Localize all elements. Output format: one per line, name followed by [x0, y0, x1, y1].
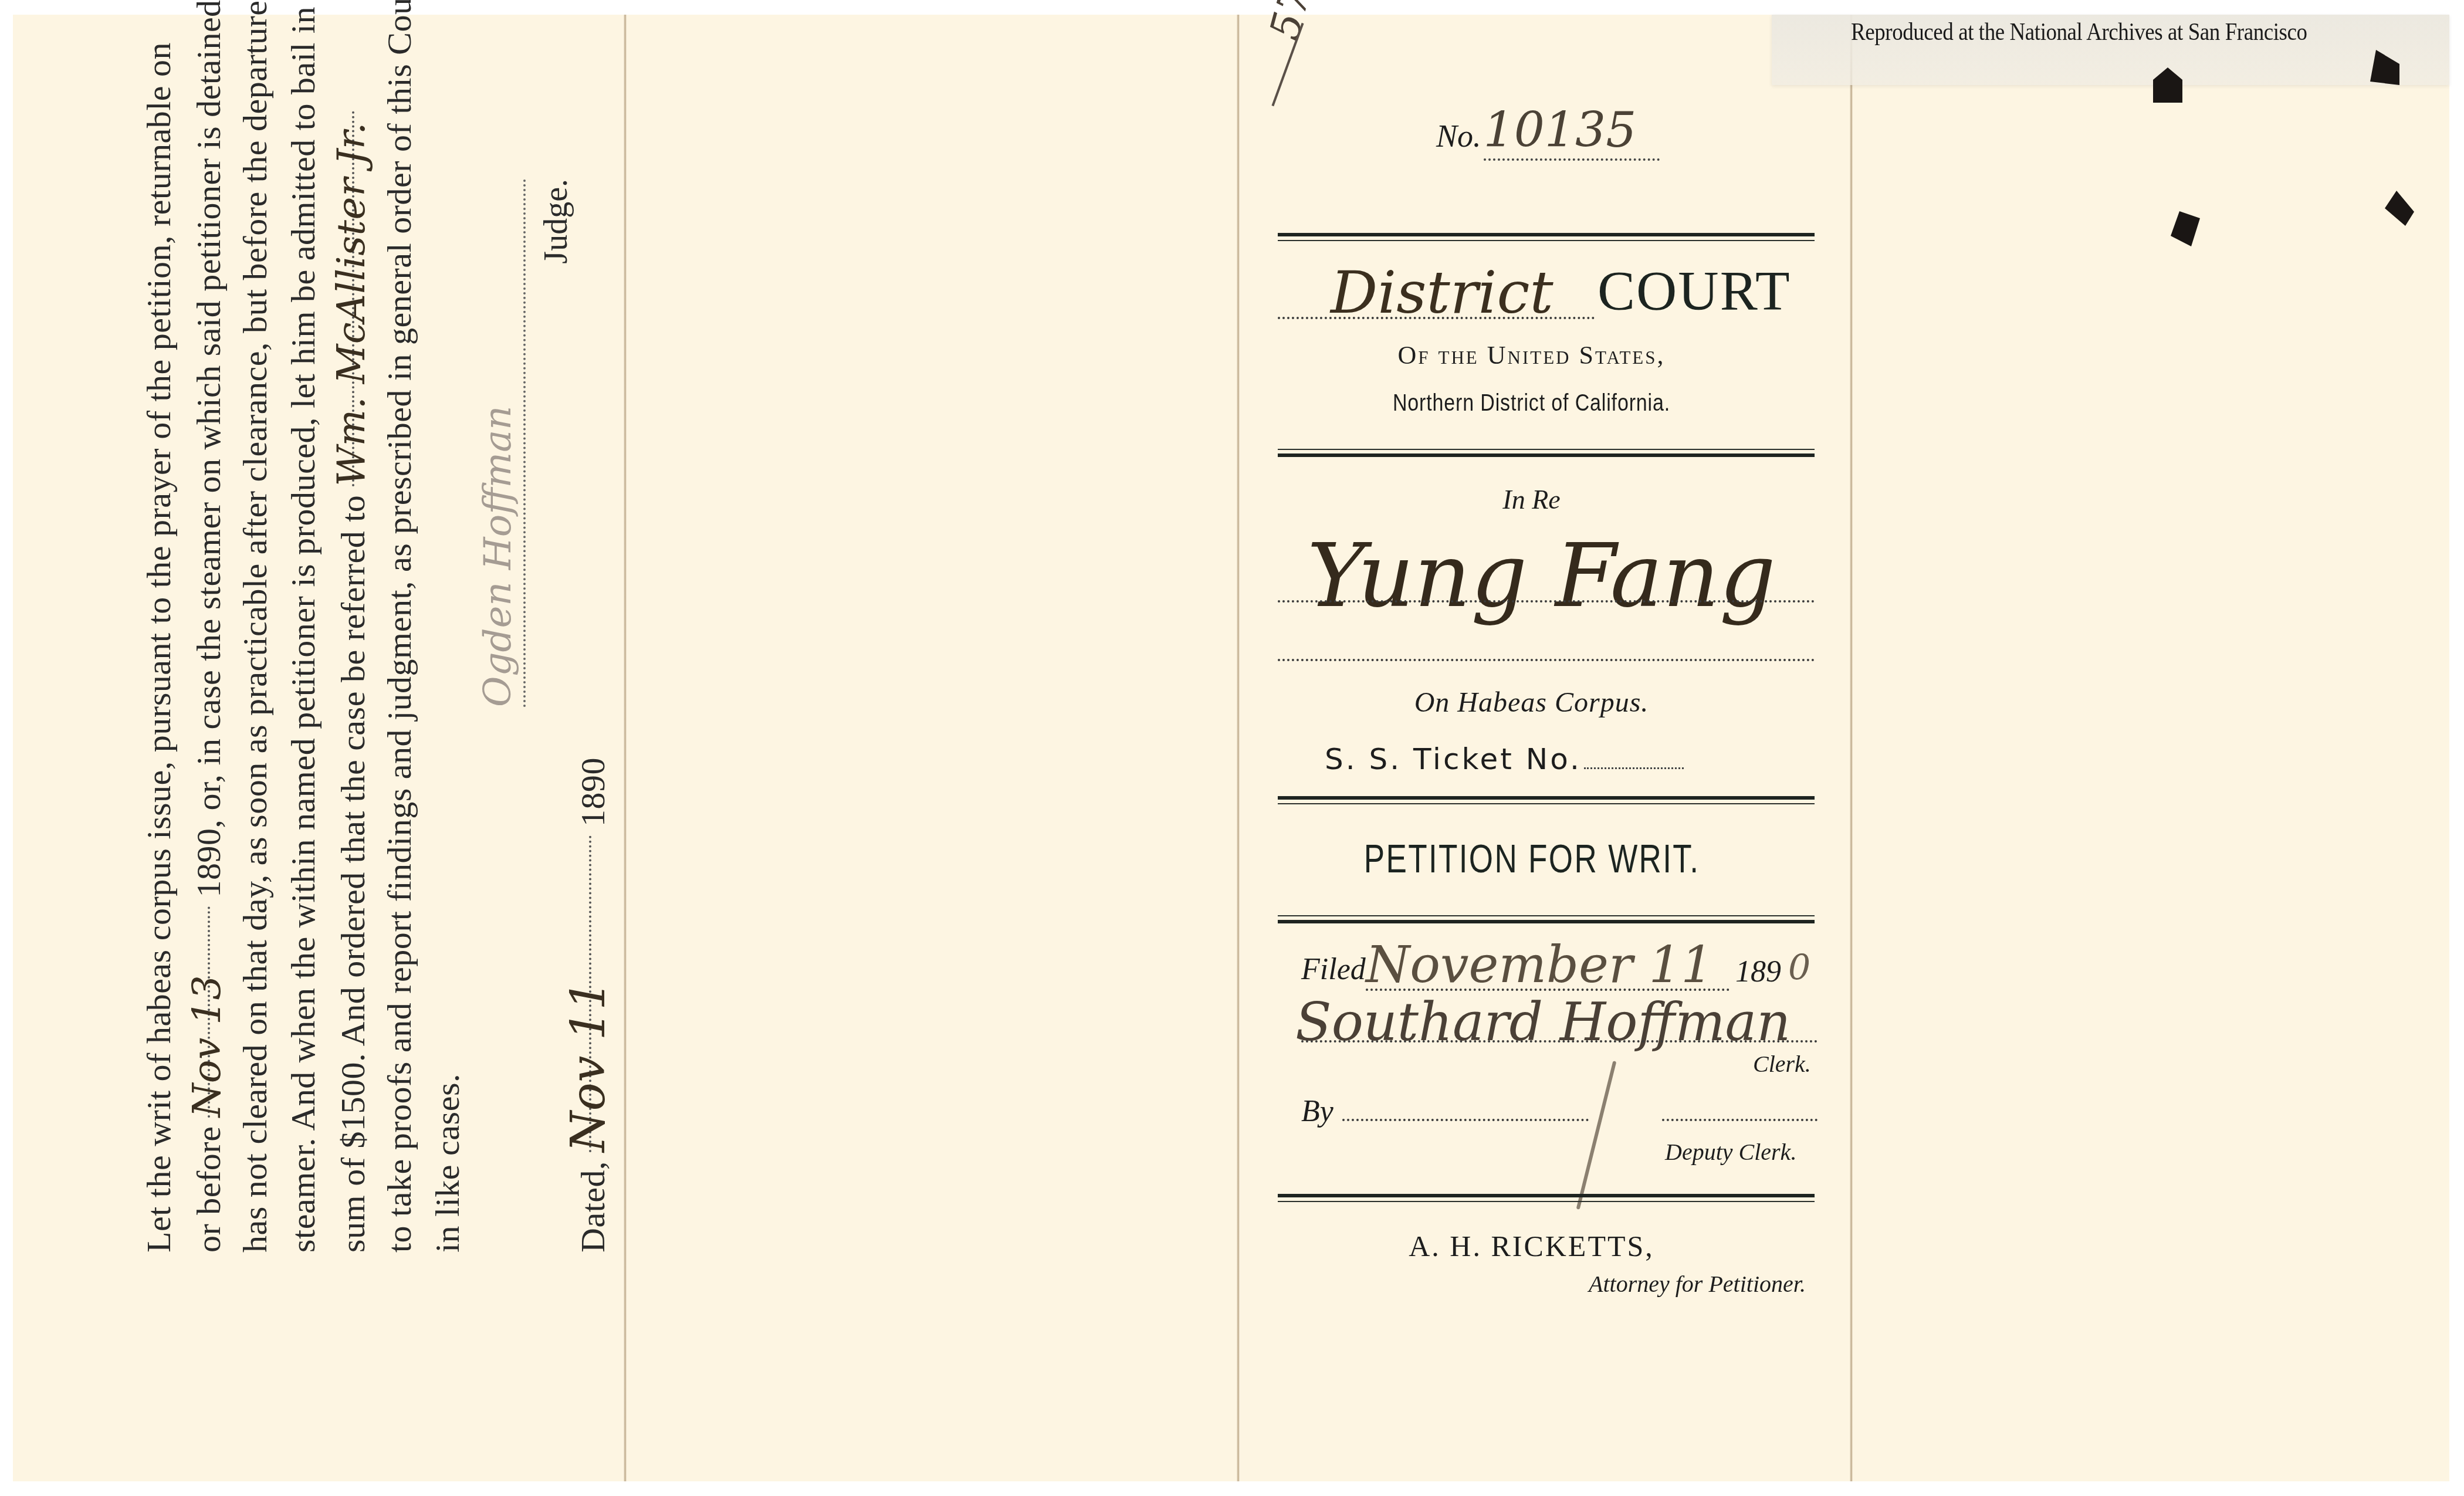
by-label: By — [1301, 1094, 1333, 1129]
party-name-field-1 — [1278, 600, 1815, 603]
ticket-number-field — [1584, 767, 1684, 769]
dated-field: Nov 11 — [564, 835, 591, 1152]
case-number: No. 10135 — [1436, 103, 1660, 161]
party-name: Yung Fang — [1307, 525, 1776, 627]
order-line-3: has not cleared on that day, as soon as … — [231, 0, 279, 1253]
party-name-field-2 — [1278, 659, 1815, 661]
filed-date-field — [1366, 989, 1729, 991]
order-line-4: steamer. And when the within named petit… — [279, 0, 327, 1253]
deputy-clerk-label: Deputy Clerk. — [1665, 1138, 1796, 1166]
judge-label: Judge. — [537, 179, 575, 707]
in-re-label: In Re — [1225, 484, 1838, 515]
order-line-1: Let the writ of habeas corpus issue, pur… — [135, 0, 183, 1253]
order-text-block: Let the writ of habeas corpus issue, pur… — [135, 0, 472, 1253]
attorney-name: A. H. RICKETTS, — [1225, 1229, 1838, 1263]
clerk-signature-field — [1301, 1040, 1817, 1043]
cover-panel: 579 No. 10135 District COURT Of the Unit… — [1225, 15, 1838, 1481]
order-line-2: or before Nov 13 1890, or, in case the s… — [183, 0, 231, 1253]
judge-signature-block: Ogden Hoffman Judge. — [476, 179, 575, 707]
deputy-field-a — [1342, 1119, 1589, 1121]
court-word: COURT — [1597, 258, 1791, 323]
ticket-row: S. S. Ticket No. — [1325, 742, 1684, 776]
case-number-value: 10135 — [1484, 103, 1660, 161]
fold-line-3 — [1850, 15, 1853, 1481]
return-date-field: Nov 13 — [183, 906, 210, 1118]
rule-1 — [1278, 233, 1815, 241]
referee-field: Wm. McAllister Jr. — [327, 111, 354, 486]
attorney-role: Attorney for Petitioner. — [1589, 1270, 1806, 1298]
court-heading: District COURT — [1278, 258, 1817, 329]
district-name: Northern District of California. — [1271, 390, 1792, 417]
court-type-field — [1278, 317, 1595, 319]
archive-stamp: Reproduced at the National Archives at S… — [1851, 18, 2307, 46]
fold-line-1 — [624, 15, 627, 1481]
case-number-label: No. — [1436, 119, 1481, 154]
deputy-field-b — [1662, 1119, 1817, 1121]
file-annotation: 579 — [1260, 0, 1327, 45]
clerk-label: Clerk. — [1753, 1050, 1811, 1078]
ticket-label: S. S. Ticket No. — [1325, 742, 1582, 776]
clerk-flourish — [1576, 1061, 1617, 1210]
rule-4 — [1278, 915, 1815, 923]
judge-signature: Ogden Hoffman — [476, 179, 526, 707]
order-panel: Let the writ of habeas corpus issue, pur… — [13, 15, 624, 1481]
clerk-signature: Southard Hoffman — [1295, 991, 1791, 1053]
rule-3 — [1278, 796, 1815, 804]
filed-date: November 11 — [1366, 936, 1713, 994]
filed-year-prefix: 189 — [1735, 955, 1781, 989]
dated-line: Dated, Nov 11 1890 — [564, 757, 617, 1253]
court-of: Of the United States, — [1225, 340, 1838, 370]
filed-year-suffix: 0 — [1788, 947, 1810, 989]
order-line-7: in like cases. — [424, 0, 472, 1253]
rule-2 — [1278, 449, 1815, 457]
order-line-5: sum of $1500. And ordered that the case … — [327, 0, 375, 1253]
rule-5 — [1278, 1194, 1815, 1202]
filed-label: Filed — [1301, 952, 1366, 987]
document-title-wrap: PETITION FOR WRIT. — [1225, 836, 1838, 882]
proceeding-label: On Habeas Corpus. — [1225, 686, 1838, 719]
order-line-6: to take proofs and report findings and j… — [375, 0, 424, 1253]
document-title: PETITION FOR WRIT. — [1363, 836, 1699, 882]
